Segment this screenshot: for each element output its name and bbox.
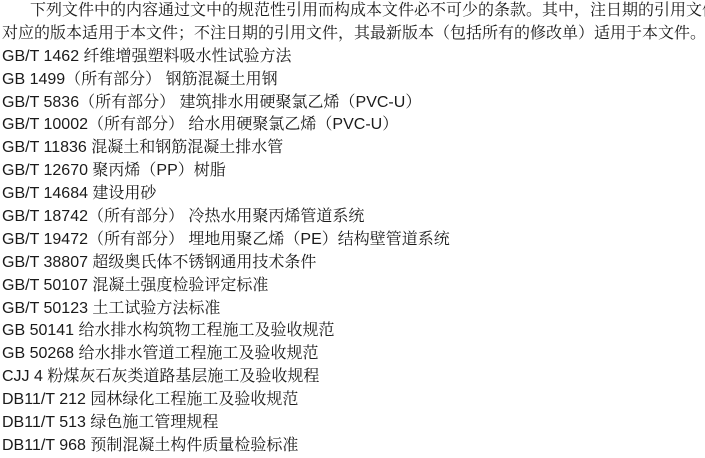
- reference-item: GB/T 50107 混凝土强度检验评定标准: [2, 275, 705, 298]
- reference-item: DB11/T 968 预制混凝土构件质量检验标准: [2, 435, 705, 458]
- reference-item: GB/T 19472（所有部分） 埋地用聚乙烯（PE）结构壁管道系统: [2, 229, 705, 252]
- reference-item: GB/T 1462 纤维增强塑料吸水性试验方法: [2, 46, 705, 69]
- reference-item: GB/T 12670 聚丙烯（PP）树脂: [2, 160, 705, 183]
- reference-item: GB/T 50123 土工试验方法标准: [2, 298, 705, 321]
- intro-paragraph-line-2: 对应的版本适用于本文件；不注日期的引用文件，其最新版本（包括所有的修改单）适用于…: [2, 23, 705, 46]
- reference-item: DB11/T 212 园林绿化工程施工及验收规范: [2, 389, 705, 412]
- reference-item: GB 50141 给水排水构筑物工程施工及验收规范: [2, 320, 705, 343]
- reference-item: GB 50268 给水排水管道工程施工及验收规范: [2, 343, 705, 366]
- reference-item: GB/T 18742（所有部分） 冷热水用聚丙烯管道系统: [2, 206, 705, 229]
- reference-item: DB11/T 513 绿色施工管理规程: [2, 412, 705, 435]
- reference-item: GB 1499（所有部分） 钢筋混凝土用钢: [2, 69, 705, 92]
- reference-item: GB/T 11836 混凝土和钢筋混凝土排水管: [2, 137, 705, 160]
- document-page: 下列文件中的内容通过文中的规范性引用而构成本文件必不可少的条款。其中，注日期的引…: [0, 0, 705, 458]
- intro-paragraph-line-1: 下列文件中的内容通过文中的规范性引用而构成本文件必不可少的条款。其中，注日期的引…: [2, 0, 705, 23]
- reference-item: CJJ 4 粉煤灰石灰类道路基层施工及验收规程: [2, 366, 705, 389]
- reference-item: GB/T 14684 建设用砂: [2, 183, 705, 206]
- normative-references-section: 下列文件中的内容通过文中的规范性引用而构成本文件必不可少的条款。其中，注日期的引…: [0, 0, 705, 458]
- reference-item: GB/T 5836（所有部分） 建筑排水用硬聚氯乙烯（PVC-U）: [2, 92, 705, 115]
- reference-item: GB/T 38807 超级奥氏体不锈钢通用技术条件: [2, 252, 705, 275]
- reference-item: GB/T 10002（所有部分） 给水用硬聚氯乙烯（PVC-U）: [2, 114, 705, 137]
